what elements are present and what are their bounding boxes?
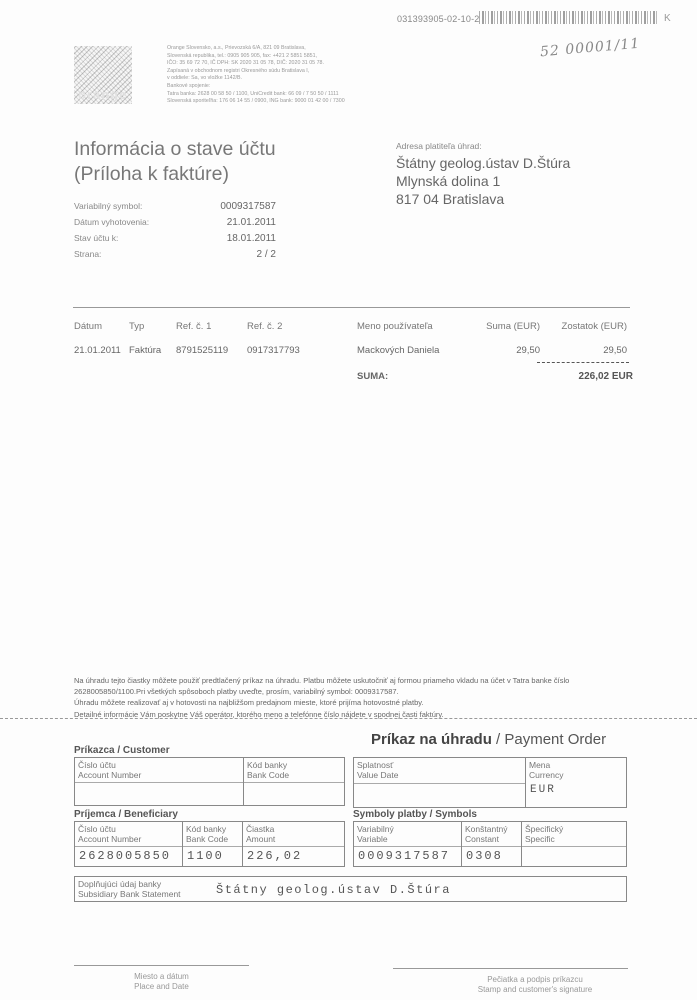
col-header-ref2: Ref. č. 2 bbox=[247, 321, 282, 332]
meta-row: Variabilný symbol:0009317587 bbox=[74, 201, 276, 217]
label-sk: Špecifický bbox=[525, 824, 623, 834]
cell-balance: 29,50 bbox=[553, 345, 627, 356]
customer-heading: Príkazca / Customer bbox=[74, 745, 170, 756]
cell-user: Mackových Daniela bbox=[357, 345, 439, 356]
label-en: Subsidiary Bank Statement bbox=[78, 889, 181, 899]
meta-value: 18.01.2011 bbox=[227, 233, 276, 249]
beneficiary-heading: Príjemca / Beneficiary bbox=[74, 809, 178, 820]
label-en: Constant bbox=[465, 834, 518, 844]
beneficiary-account-field[interactable]: Číslo účtuAccount Number 2628005850 bbox=[75, 822, 183, 866]
meta-label: Stav účtu k: bbox=[74, 233, 118, 249]
constant-symbol-field[interactable]: KonštantnýConstant 0308 bbox=[462, 822, 522, 866]
title-line-1: Informácia o stave účtu bbox=[74, 137, 276, 162]
label-sk: Mena bbox=[529, 760, 623, 770]
label-en: Currency bbox=[529, 770, 623, 780]
label-en: Stamp and customer's signature bbox=[420, 985, 650, 995]
bank-statement-value: Štátny geolog.ústav D.Štúra bbox=[212, 880, 455, 900]
col-header-date: Dátum bbox=[74, 321, 102, 332]
symbols-heading: Symboly platby / Symbols bbox=[353, 809, 477, 820]
label-sk: Doplňujúci údaj banky bbox=[78, 879, 181, 889]
payment-info: Na úhradu tejto čiastky môžete použiť pr… bbox=[74, 675, 654, 720]
label-en: Place and Date bbox=[74, 982, 249, 992]
beneficiary-account-value: 2628005850 bbox=[75, 846, 182, 866]
col-header-balance: Zostatok (EUR) bbox=[553, 321, 627, 332]
document-reference: 031393905-02-10-2 bbox=[397, 14, 479, 24]
barcode bbox=[479, 11, 657, 24]
signature-label: Pečiatka a podpis príkazcu Stamp and cus… bbox=[420, 975, 650, 995]
label-sk: Konštantný bbox=[465, 824, 518, 834]
company-logo: orange bbox=[74, 46, 132, 104]
signature-line bbox=[393, 968, 628, 969]
currency-field[interactable]: MenaCurrency EUR bbox=[526, 758, 626, 807]
label-en: Variable bbox=[357, 834, 458, 844]
total-value: 226,02 EUR bbox=[530, 371, 633, 382]
corner-mark: K bbox=[664, 13, 671, 24]
divider bbox=[73, 307, 630, 308]
beneficiary-bank-value: 1100 bbox=[183, 846, 242, 866]
amount-field[interactable]: ČiastkaAmount 226,02 bbox=[243, 822, 344, 866]
label-sk: Miesto a dátum bbox=[74, 972, 249, 982]
label-sk: Číslo účtu bbox=[78, 760, 240, 770]
meta-row: Strana:2 / 2 bbox=[74, 249, 276, 265]
label-sk: Číslo účtu bbox=[78, 824, 179, 834]
document-meta: Variabilný symbol:0009317587 Dátum vyhot… bbox=[74, 201, 276, 265]
title-rest: / Payment Order bbox=[492, 731, 606, 748]
meta-value: 21.01.2011 bbox=[227, 217, 276, 233]
place-date-line bbox=[74, 965, 249, 966]
address-label: Adresa platiteľa úhrad: bbox=[396, 141, 482, 151]
variable-symbol-value: 0009317587 bbox=[354, 846, 461, 866]
customer-box: Číslo účtuAccount Number Kód bankyBank C… bbox=[74, 757, 345, 806]
company-line: IČO: 35 69 72 70, IČ DPH: SK 2020 31 05 … bbox=[167, 60, 352, 68]
total-separator bbox=[537, 362, 629, 363]
label-en: Amount bbox=[246, 834, 341, 844]
info-line: Úhradu môžete realizovať aj v hotovosti … bbox=[74, 697, 654, 708]
company-line: Zapísaná v obchodnom registri Okresného … bbox=[167, 68, 352, 76]
col-header-ref1: Ref. č. 1 bbox=[176, 321, 211, 332]
beneficiary-bank-field[interactable]: Kód bankyBank Code 1100 bbox=[183, 822, 243, 866]
col-header-user: Meno používateľa bbox=[357, 321, 433, 332]
cell-date: 21.01.2011 bbox=[74, 345, 121, 356]
meta-value: 2 / 2 bbox=[257, 249, 276, 265]
company-line: Tatra banka: 2628 00 58 50 / 1100, UniCr… bbox=[167, 91, 352, 99]
bank-statement-field[interactable]: Doplňujúci údaj bankySubsidiary Bank Sta… bbox=[74, 876, 627, 902]
cell-ref2: 0917317793 bbox=[247, 345, 300, 356]
title-bold: Príkaz na úhradu bbox=[371, 731, 492, 748]
label-sk: Kód banky bbox=[186, 824, 239, 834]
symbols-box: VariabilnýVariable 0009317587 Konštantný… bbox=[353, 821, 627, 867]
col-header-amount: Suma (EUR) bbox=[470, 321, 540, 332]
label-en: Value Date bbox=[357, 770, 522, 780]
cut-line bbox=[0, 718, 697, 719]
label-en: Bank Code bbox=[186, 834, 239, 844]
total-label: SUMA: bbox=[357, 371, 388, 382]
value-date-field[interactable]: SplatnosťValue Date bbox=[354, 758, 526, 807]
address-line: Štátny geolog.ústav D.Štúra bbox=[396, 154, 570, 172]
label-en: Bank Code bbox=[247, 770, 341, 780]
place-date-label: Miesto a dátum Place and Date bbox=[74, 972, 249, 992]
payment-order-title: Príkaz na úhradu / Payment Order bbox=[371, 731, 606, 748]
company-info: Orange Slovensko, a.s., Prievozská 6/A, … bbox=[167, 45, 352, 106]
meta-row: Dátum vyhotovenia:21.01.2011 bbox=[74, 217, 276, 233]
cell-type: Faktúra bbox=[129, 345, 161, 356]
cell-amount: 29,50 bbox=[470, 345, 540, 356]
meta-row: Stav účtu k:18.01.2011 bbox=[74, 233, 276, 249]
info-line: Na úhradu tejto čiastky môžete použiť pr… bbox=[74, 675, 654, 686]
document-title: Informácia o stave účtu (Príloha k faktú… bbox=[74, 137, 276, 187]
label-sk: Splatnosť bbox=[357, 760, 522, 770]
meta-label: Dátum vyhotovenia: bbox=[74, 217, 149, 233]
meta-label: Strana: bbox=[74, 249, 101, 265]
currency-value: EUR bbox=[526, 782, 626, 799]
label-sk: Variabilný bbox=[357, 824, 458, 834]
handwritten-note: 52 00001/11 bbox=[539, 36, 640, 61]
payer-address: Štátny geolog.ústav D.Štúra Mlynská doli… bbox=[396, 154, 570, 208]
specific-symbol-field[interactable]: ŠpecifickýSpecific bbox=[522, 822, 626, 866]
amount-value: 226,02 bbox=[243, 846, 344, 866]
label-en: Account Number bbox=[78, 834, 179, 844]
label-en: Account Number bbox=[78, 770, 240, 780]
value-date-box: SplatnosťValue Date MenaCurrency EUR bbox=[353, 757, 627, 808]
label-sk: Kód banky bbox=[247, 760, 341, 770]
customer-bank-field[interactable]: Kód bankyBank Code bbox=[244, 758, 344, 805]
constant-symbol-value: 0308 bbox=[462, 846, 521, 866]
cell-ref1: 8791525119 bbox=[176, 345, 228, 356]
company-line: Slovenská sporiteľňa: 176 06 14 55 / 090… bbox=[167, 98, 352, 106]
address-line: 817 04 Bratislava bbox=[396, 190, 570, 208]
label-sk: Pečiatka a podpis príkazcu bbox=[420, 975, 650, 985]
label-sk: Čiastka bbox=[246, 824, 341, 834]
meta-label: Variabilný symbol: bbox=[74, 201, 142, 217]
meta-value: 0009317587 bbox=[220, 201, 276, 217]
title-line-2: (Príloha k faktúre) bbox=[74, 162, 276, 187]
address-line: Mlynská dolina 1 bbox=[396, 172, 570, 190]
col-header-type: Typ bbox=[129, 321, 144, 332]
company-line: Orange Slovensko, a.s., Prievozská 6/A, … bbox=[167, 45, 352, 53]
company-line: Bankové spojenie: bbox=[167, 83, 352, 91]
beneficiary-box: Číslo účtuAccount Number 2628005850 Kód … bbox=[74, 821, 345, 867]
logo-text: orange bbox=[78, 87, 127, 102]
label-en: Specific bbox=[525, 834, 623, 844]
customer-account-field[interactable]: Číslo účtuAccount Number bbox=[75, 758, 244, 805]
info-line: 2628005850/1100.Pri všetkých spôsoboch p… bbox=[74, 686, 654, 697]
variable-symbol-field[interactable]: VariabilnýVariable 0009317587 bbox=[354, 822, 462, 866]
company-line: v oddiele: Sa, vo vložke 1142/B. bbox=[167, 75, 352, 83]
